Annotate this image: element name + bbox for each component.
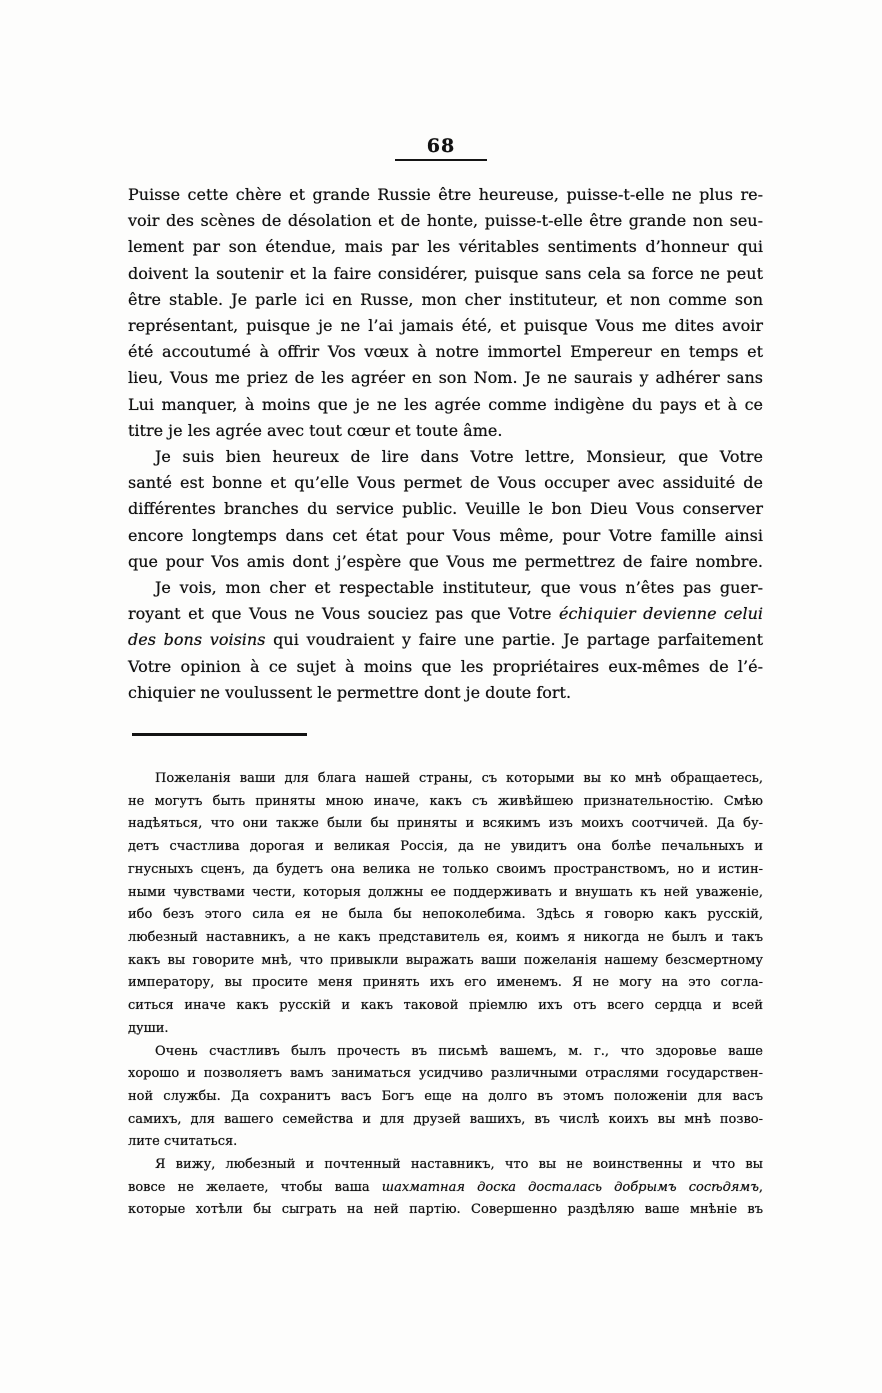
paragraph: Пожеланія ваши для блага нашей страны, с… (128, 768, 763, 1040)
text-line: гнусныхъ сценъ, да будетъ она велика не … (128, 859, 763, 882)
text-line: titre je les agrée avec tout cœur et tou… (128, 418, 763, 444)
text-line: santé est bonne et qu’elle Vous permet d… (128, 470, 763, 496)
text-segment: , (759, 1180, 763, 1195)
text-line: не могутъ быть приняты мною иначе, какъ … (128, 791, 763, 814)
russian-translation-text: Пожеланія ваши для блага нашей страны, с… (128, 768, 763, 1222)
text-line: Очень счастливъ былъ прочесть въ письмѣ … (128, 1041, 763, 1064)
text-line: лите считаться. (128, 1131, 763, 1154)
italic-phrase: des bons voisins (128, 630, 265, 649)
text-line: вовсе не желаете, чтобы ваша шахматная д… (128, 1177, 763, 1200)
text-line: Пожеланія ваши для блага нашей страны, с… (128, 768, 763, 791)
text-line: doivent la soutenir et la faire considér… (128, 261, 763, 287)
text-line: надѣяться, что они также были бы приняты… (128, 813, 763, 836)
paragraph: Puisse cette chère et grande Russie être… (128, 182, 763, 444)
text-line: ситься иначе какъ русскій и какъ таковой… (128, 995, 763, 1018)
page-number: 68 (0, 136, 882, 156)
text-line: encore longtemps dans cet état pour Vous… (128, 523, 763, 549)
text-column: Puisse cette chère et grande Russie être… (128, 182, 763, 1222)
paragraph: Je suis bien heureux de lire dans Votre … (128, 444, 763, 575)
text-line: royant et que Vous ne Vous souciez pas q… (128, 601, 763, 627)
text-line: души. (128, 1018, 763, 1041)
text-line: ибо безъ этого сила ея не была бы непоко… (128, 904, 763, 927)
footnote-separator-rule (132, 733, 307, 736)
text-line: lieu, Vous me priez de les agréer en son… (128, 365, 763, 391)
text-line: ной службы. Да сохранитъ васъ Богъ еще н… (128, 1086, 763, 1109)
page-header: 68 (0, 0, 882, 161)
page-number-underline (395, 159, 487, 161)
text-line: Puisse cette chère et grande Russie être… (128, 182, 763, 208)
italic-phrase: шахматная доска досталась добрымъ сосѣдя… (382, 1180, 759, 1195)
text-line: représentant, puisque je ne l’ai jamais … (128, 313, 763, 339)
text-line: какъ вы говорите мнѣ, что привыкли выраж… (128, 950, 763, 973)
paragraph: Je vois, mon cher et respectable institu… (128, 575, 763, 706)
text-line: Je suis bien heureux de lire dans Votre … (128, 444, 763, 470)
text-line: été accoutumé à offrir Vos vœux à notre … (128, 339, 763, 365)
text-segment: qui voudraient y faire une partie. Je pa… (265, 630, 763, 649)
text-segment: royant et que Vous ne Vous souciez pas q… (128, 604, 559, 623)
text-line: самихъ, для вашего семейства и для друзе… (128, 1109, 763, 1132)
text-line: être stable. Je parle ici en Russe, mon … (128, 287, 763, 313)
text-line: которые хотѣли бы сыграть на ней партію.… (128, 1199, 763, 1222)
text-segment: вовсе не желаете, чтобы ваша (128, 1180, 382, 1195)
text-line: Lui manquer, à moins que je ne les agrée… (128, 392, 763, 418)
text-line: Je vois, mon cher et respectable institu… (128, 575, 763, 601)
text-line: ными чувствами чести, которыя должны ее … (128, 882, 763, 905)
text-line: Я вижу, любезный и почтенный наставникъ,… (128, 1154, 763, 1177)
text-line: chiquier ne voulussent le permettre dont… (128, 680, 763, 706)
italic-phrase: échiquier devienne celui (559, 604, 763, 623)
text-line: voir des scènes de désolation et de hont… (128, 208, 763, 234)
paragraph: Я вижу, любезный и почтенный наставникъ,… (128, 1154, 763, 1222)
text-line: différentes branches du service public. … (128, 496, 763, 522)
book-page-scan: 68 Puisse cette chère et grande Russie ê… (0, 0, 882, 1393)
text-line: хорошо и позволяетъ вамъ заниматься усид… (128, 1063, 763, 1086)
text-line: des bons voisins qui voudraient y faire … (128, 627, 763, 653)
text-line: lement par son étendue, mais par les vér… (128, 234, 763, 260)
text-line: детъ счастлива дорогая и великая Россія,… (128, 836, 763, 859)
text-line: que pour Vos amis dont j’espère que Vous… (128, 549, 763, 575)
french-letter-text: Puisse cette chère et grande Russie être… (128, 182, 763, 706)
text-line: императору, вы просите меня принять ихъ … (128, 972, 763, 995)
text-line: Votre opinion à ce sujet à moins que les… (128, 654, 763, 680)
paragraph: Очень счастливъ былъ прочесть въ письмѣ … (128, 1041, 763, 1155)
text-line: любезный наставникъ, а не какъ представи… (128, 927, 763, 950)
